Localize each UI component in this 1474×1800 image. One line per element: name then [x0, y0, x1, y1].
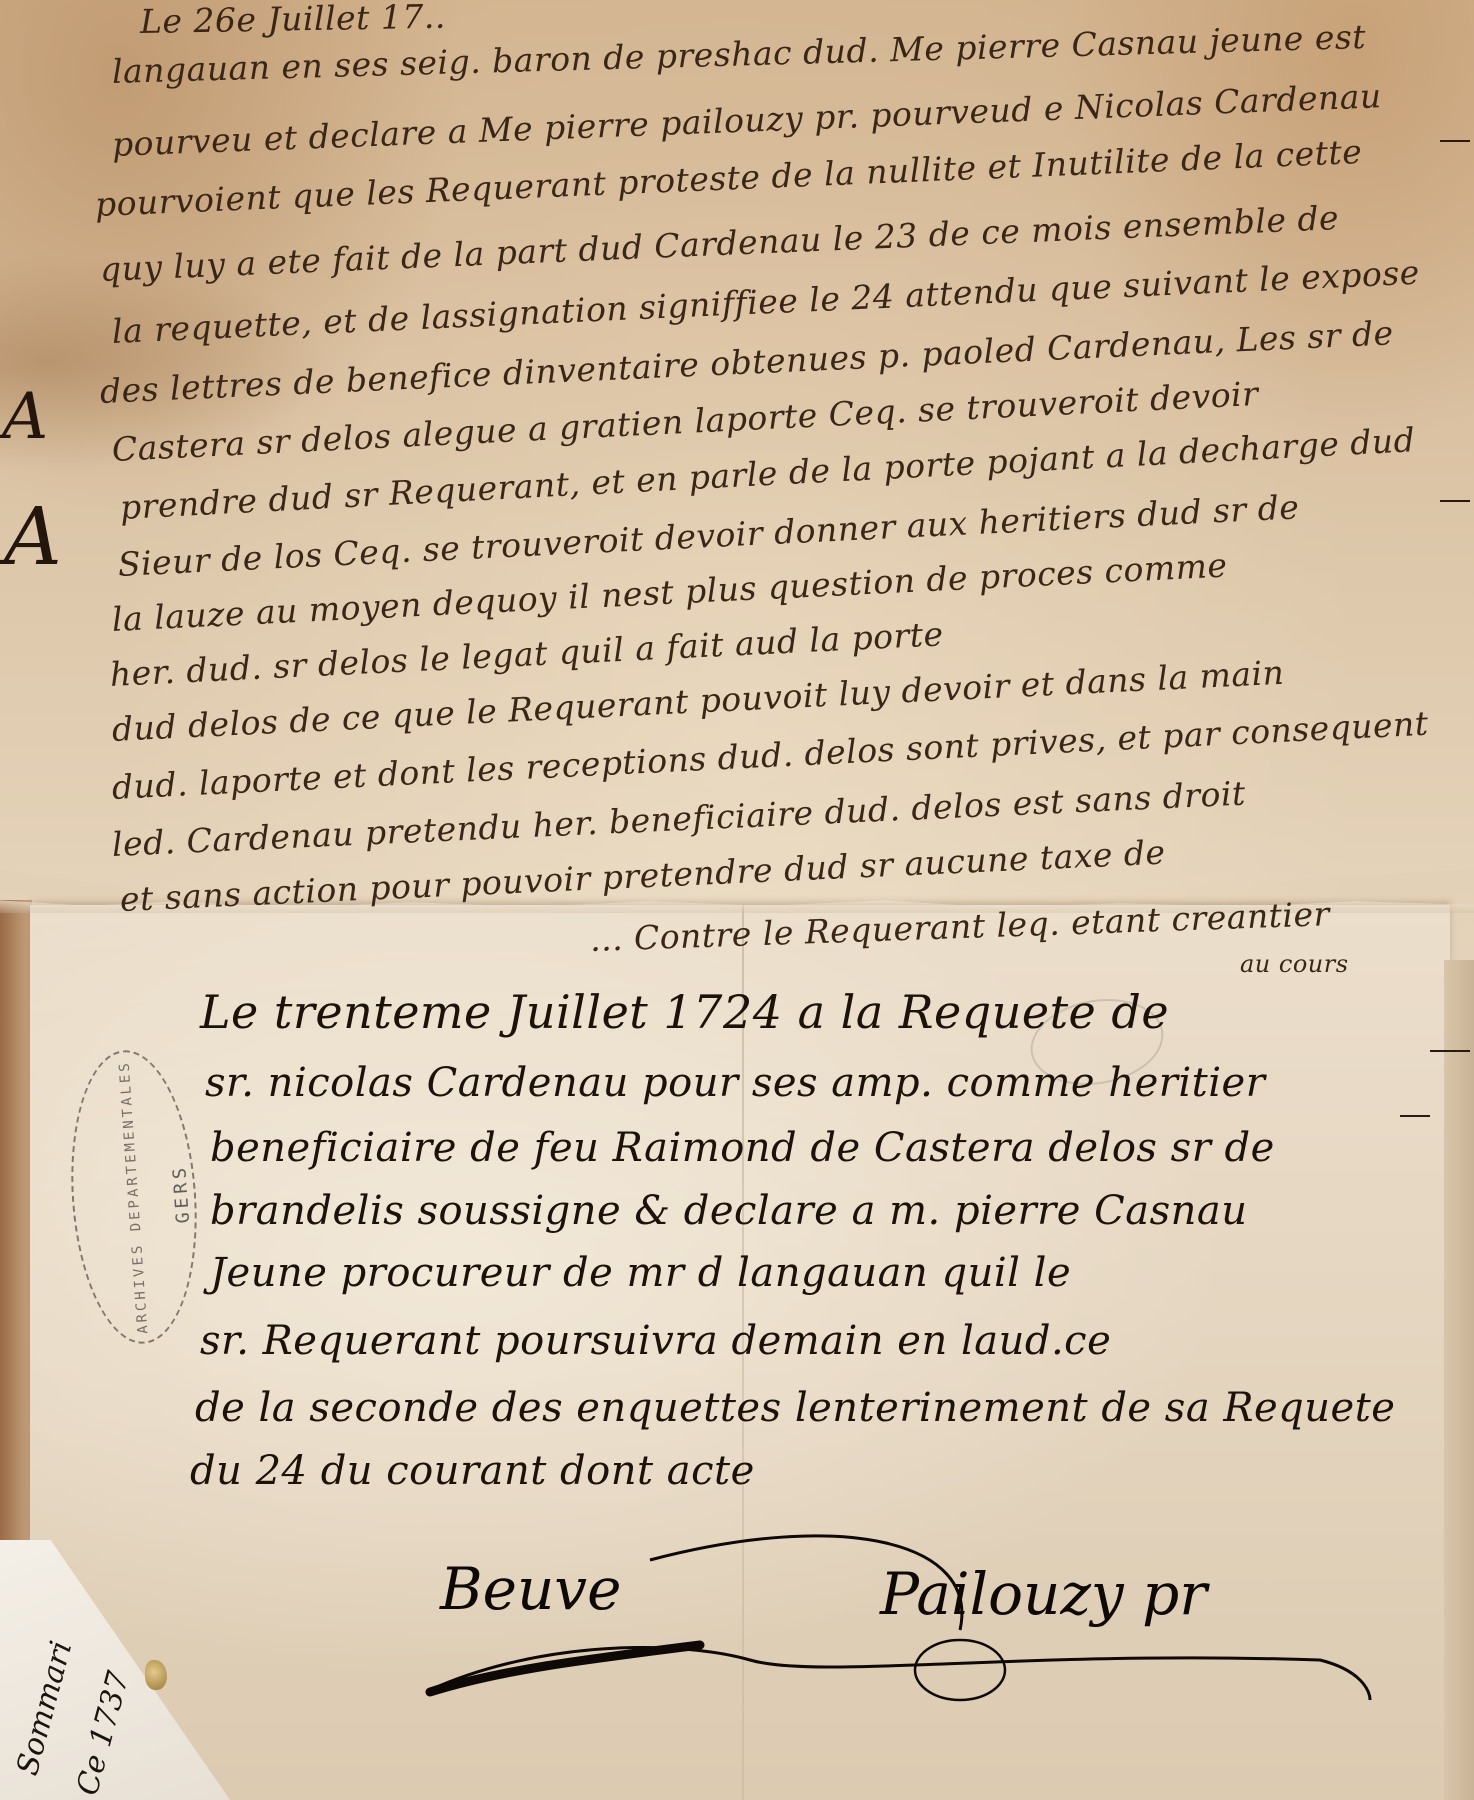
margin-note-right: au cours [1240, 950, 1349, 978]
line-end-dash [1440, 500, 1470, 502]
margin-mark: A [4, 490, 62, 583]
margin-mark: A [2, 380, 48, 454]
stamp-text: ARCHIVES DEPARTEMENTALES [116, 1060, 151, 1335]
line-end-dash [1430, 1050, 1470, 1052]
stamp-text-gers: GERS [169, 1163, 194, 1224]
brass-pin-icon [145, 1660, 167, 1690]
handwritten-line: de la seconde des enquettes lenterinemen… [195, 1385, 1395, 1431]
paper-right-edge [1444, 960, 1474, 1800]
signature-flourish [420, 1520, 1380, 1720]
line-end-dash [1400, 1115, 1430, 1117]
handwritten-line: Le trenteme Juillet 1724 a la Requete de [200, 985, 1169, 1039]
handwritten-line: beneficiaire de feu Raimond de Castera d… [210, 1125, 1275, 1171]
corner-doc-text: Ce 1737 [70, 1668, 137, 1799]
corner-doc-text: Sommari [10, 1637, 79, 1779]
handwritten-line: Jeune procureur de mr d langauan quil le [210, 1250, 1071, 1296]
line-end-dash [1440, 140, 1470, 142]
handwritten-line: du 24 du courant dont acte [190, 1448, 755, 1494]
handwritten-line: sr. nicolas Cardenau pour ses amp. comme… [205, 1060, 1265, 1106]
handwritten-line: Le 26e Juillet 17.. [140, 0, 446, 41]
handwritten-line: brandelis soussigne & declare a m. pierr… [210, 1188, 1248, 1234]
handwritten-line: sr. Requerant poursuivra demain en laud.… [200, 1318, 1111, 1364]
